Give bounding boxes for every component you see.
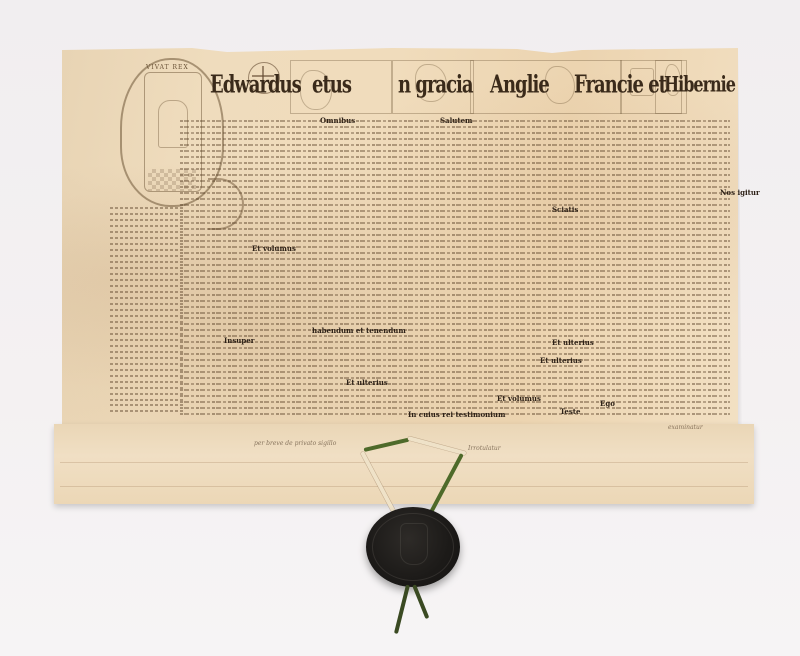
wax-seal — [366, 507, 460, 587]
title-word-edwardus: Edwardus — [210, 71, 301, 99]
rubric-habendum: habendum et tenendum — [312, 326, 406, 335]
examination-note: examinatur — [668, 424, 703, 431]
title-word-hibernie: Hibernie — [664, 71, 735, 97]
charter-body-text — [180, 118, 730, 418]
enrolment-signature: Irrotulatur — [468, 445, 501, 452]
title-word-francie: Francie et — [574, 71, 666, 99]
rubric-nos-igitur: Nos igitur — [720, 188, 760, 197]
rubric-et-ulterius-1: Et ulterius — [552, 338, 594, 347]
clerk-note: per breve de privato sigillo — [254, 440, 336, 447]
parchment-fold — [54, 424, 754, 504]
rubric-sciatis: Sciatis — [552, 205, 578, 214]
rubric-et-ulterius-3: Et ulterius — [346, 378, 388, 387]
rubric-insuper: Insuper — [224, 336, 254, 345]
rubric-et-ulterius-2: Et ulterius — [540, 356, 582, 365]
title-word-anglie: Anglie — [490, 71, 549, 99]
rubric-ego: Ego — [600, 399, 615, 408]
rose-drawing — [545, 66, 575, 104]
rubric-teste: Teste — [560, 407, 581, 416]
rubric-in-cuius-rei: In cuius rei testimonium — [408, 410, 505, 419]
title-word-gracia: n gracia — [398, 71, 473, 99]
title-word-dei: etus — [312, 71, 351, 99]
seal-device-icon — [400, 523, 428, 565]
initial-inscription: VIVAT REX — [146, 64, 189, 71]
rubric-et-volumus-2: Et volumus — [497, 394, 541, 403]
rubric-et-volumus: Et volumus — [252, 244, 296, 253]
charter-body-text-left — [110, 205, 185, 420]
